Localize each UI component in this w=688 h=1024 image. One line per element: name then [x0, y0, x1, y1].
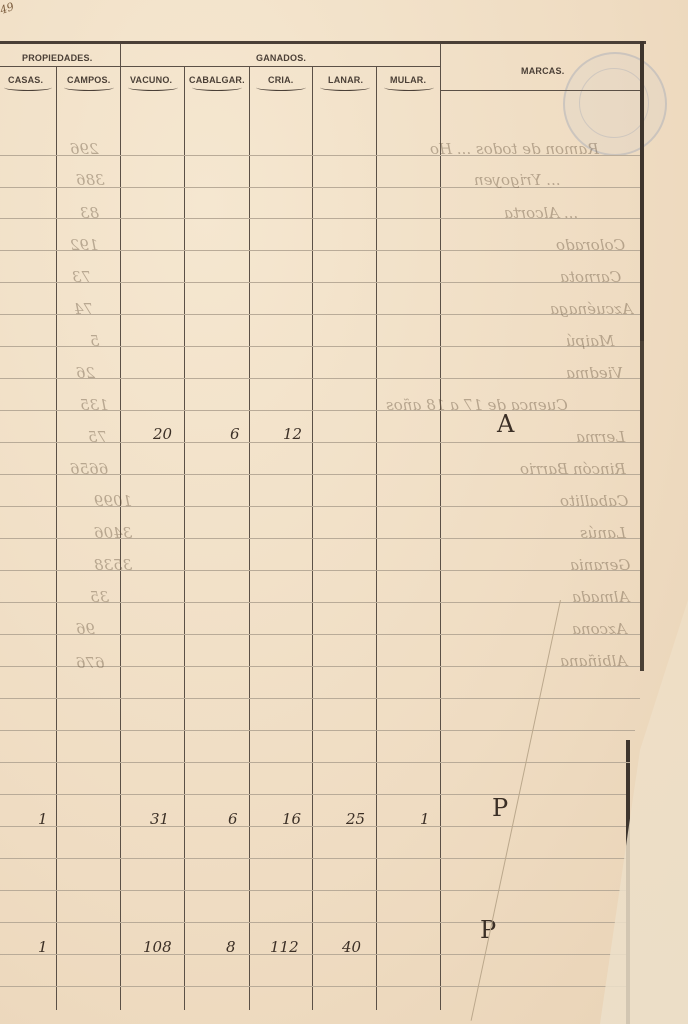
right-border-rule-mid — [640, 341, 644, 671]
bleed-through-name: Lerma — [576, 428, 625, 446]
header-divider — [0, 66, 120, 67]
header-group-ganados: GANADOS. — [256, 53, 306, 63]
header-divider — [440, 90, 640, 91]
entry-1-cattle-brand: A — [497, 410, 514, 438]
bleed-through-number: 3406 — [94, 524, 132, 542]
ruled-line — [0, 314, 640, 315]
entry-3-vacuno: 108 — [143, 938, 172, 956]
bleed-through-number: 73 — [72, 268, 91, 286]
bleed-through-number: 192 — [70, 236, 99, 254]
ruled-line — [0, 378, 640, 379]
bleed-through-number: 3538 — [94, 556, 132, 574]
ruled-line — [0, 986, 626, 987]
bleed-through-name: Maipú — [566, 332, 614, 350]
ruled-line — [0, 698, 640, 699]
ruled-line — [0, 762, 630, 763]
bleed-through-number: 26 — [76, 364, 95, 382]
entry-2-vacuno: 31 — [150, 810, 169, 828]
ruled-line — [0, 954, 626, 955]
bleed-through-name: Carnota — [560, 268, 621, 286]
header-ornament — [4, 84, 52, 91]
entry-1-cria: 12 — [283, 425, 302, 443]
bleed-through-name: Lanús — [580, 524, 626, 542]
header-ornament — [384, 84, 434, 91]
entry-2-cattle-brand: P — [492, 794, 508, 822]
header-ornament — [256, 84, 306, 91]
entry-3-cria: 112 — [270, 938, 299, 956]
entry-3-casas: 1 — [38, 938, 48, 956]
bleed-through-name: Rincón Barrio — [520, 460, 626, 478]
bleed-through-name: Azcona — [572, 620, 627, 638]
bleed-through-number: 35 — [90, 588, 109, 606]
entry-1-cabalgar: 6 — [230, 425, 240, 443]
bleed-through-number: 75 — [88, 428, 107, 446]
bleed-through-name: ... Alcorta — [504, 204, 578, 222]
bleed-through-number: 135 — [80, 396, 109, 414]
column-divider — [440, 44, 441, 1010]
bleed-through-name: Ramon de todos ... Ho — [430, 140, 599, 158]
bleed-through-name: ... Yrigoyen — [474, 171, 561, 189]
ledger-page: 49 PROPIEDADES. GANADOS. CASAS. CAMPOS. … — [0, 0, 688, 1024]
header-marcas: MARCAS. — [521, 66, 564, 76]
entry-2-lanar: 25 — [346, 810, 365, 828]
entry-3-lanar: 40 — [342, 938, 361, 956]
entry-2-casas: 1 — [38, 810, 48, 828]
bleed-through-number: 1099 — [94, 492, 132, 510]
right-border-rule — [640, 41, 644, 341]
bleed-through-name: Albiñana — [560, 652, 627, 670]
ruled-line — [0, 922, 626, 923]
entry-3-cabalgar: 8 — [226, 938, 236, 956]
header-group-propiedades: PROPIEDADES. — [22, 53, 92, 63]
entry-2-mular: 1 — [420, 810, 430, 828]
bleed-through-number: 96 — [76, 620, 95, 638]
bleed-through-name: Azcuénaga — [550, 300, 633, 318]
bleed-through-name: Cuenca de 17 a 18 años — [386, 396, 568, 414]
bleed-through-number: 6656 — [70, 460, 108, 478]
bleed-through-number: 83 — [80, 204, 99, 222]
header-ornament — [320, 84, 370, 91]
ruled-line — [0, 730, 635, 731]
header-ornament — [192, 84, 242, 91]
entry-2-cria: 16 — [282, 810, 301, 828]
bleed-through-number: 5 — [90, 332, 100, 350]
ruled-line — [0, 826, 626, 827]
header-divider — [120, 66, 440, 67]
header-ornament — [128, 84, 178, 91]
ruled-line — [0, 858, 626, 859]
ruled-line — [0, 634, 640, 635]
bleed-through-number: 386 — [76, 171, 105, 189]
header-ornament — [64, 84, 114, 91]
fold-crease — [471, 600, 561, 1021]
bleed-through-number: 74 — [74, 300, 93, 318]
ruled-line — [0, 890, 626, 891]
bleed-through-name: Caballito — [560, 492, 628, 510]
bleed-through-number: 296 — [70, 140, 99, 158]
corner-page-note: 49 — [0, 0, 16, 17]
ruled-line — [0, 794, 626, 795]
bleed-through-name: Gerania — [570, 556, 630, 574]
top-border-rule — [0, 41, 646, 44]
entry-2-cabalgar: 6 — [228, 810, 238, 828]
bleed-through-number: 676 — [76, 654, 105, 672]
bleed-through-name: Almada — [572, 588, 629, 606]
bleed-through-name: Viedma — [566, 364, 623, 382]
entry-1-vacuno: 20 — [153, 425, 172, 443]
bleed-through-name: Colorado — [556, 236, 625, 254]
ruled-line — [0, 282, 640, 283]
